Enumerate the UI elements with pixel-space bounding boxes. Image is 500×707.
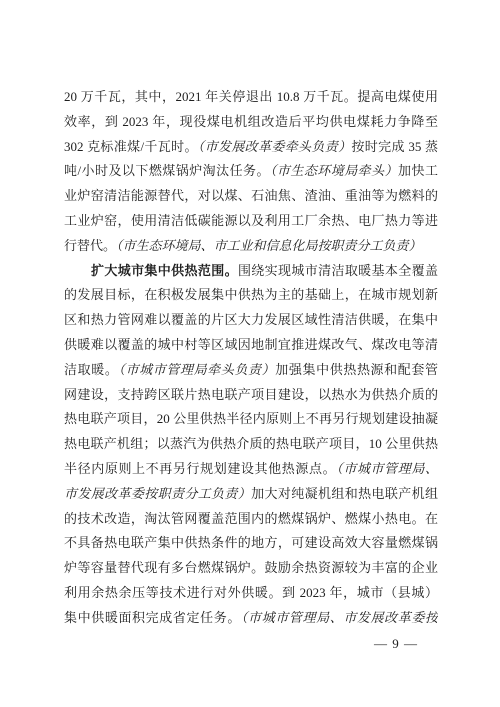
text-run: 20 万千瓦，其中，2021 年关停退出 10.8 万千瓦。提高电煤使用: [64, 89, 438, 104]
text-run: 吨/小时及以下燃煤锅炉淘汰任务。: [64, 163, 270, 178]
text-run: 供暖难以覆盖的城中村等区域因地制宜推进煤改气、煤改电等清: [64, 337, 438, 352]
text-run: 按时完成 35 蒸: [351, 139, 438, 154]
text-line: 市发展改革委按职责分工负责）加大对纯凝机组和热电联产机组: [64, 482, 438, 507]
text-run: （市城市管理局牵头负责）: [118, 362, 275, 377]
text-line: 洁取暖。（市城市管理局牵头负责）加强集中供热热源和配套管: [64, 358, 438, 383]
text-run: 加强集中供热热源和配套管: [275, 362, 438, 377]
text-line: 20 万千瓦，其中，2021 年关停退出 10.8 万千瓦。提高电煤使用: [64, 85, 438, 110]
text-line: 集中供暖面积完成省定任务。（市城市管理局、市发展改革委按: [64, 606, 438, 631]
text-line: 行替代。（市生态环境局、市工业和信息化局按职责分工负责）: [64, 234, 438, 259]
text-run: 的发展目标，在积极发展集中供热为主的基础上，在城市规划新: [64, 287, 438, 302]
text-run: 效率，到 2023 年，现役煤电机组改造后平均供电煤耗力争降至: [64, 114, 438, 129]
text-run: 热电联产机组；以蒸汽为供热介质的热电联产项目，10 公里供热: [64, 436, 438, 451]
text-line: 不具备热电联产集中供热条件的地方，可建设高效大容量燃煤锅: [64, 531, 438, 556]
text-block: 20 万千瓦，其中，2021 年关停退出 10.8 万千瓦。提高电煤使用效率，到…: [64, 85, 438, 631]
text-run: （市发展改革委牵头负责）: [198, 139, 352, 154]
text-line: 网建设，支持跨区联片热电联产项目建设，以热水为供热介质的: [64, 383, 438, 408]
text-line: 的技术改造，淘汰管网覆盖范围内的燃煤锅炉、燃煤小热电。在: [64, 507, 438, 532]
text-line: 的发展目标，在积极发展集中供热为主的基础上，在城市规划新: [64, 283, 438, 308]
text-run: 网建设，支持跨区联片热电联产项目建设，以热水为供热介质的: [64, 387, 438, 402]
text-run: 加快工: [398, 163, 438, 178]
page-number: — 9 —: [374, 634, 418, 654]
text-line: 半径内原则上不再另行规划建设其他热源点。（市城市管理局、: [64, 457, 438, 482]
text-run: 加大对纯凝机组和热电联产机组: [251, 486, 438, 501]
text-line: 302 克标准煤/千瓦时。（市发展改革委牵头负责）按时完成 35 蒸: [64, 135, 438, 160]
text-line: 利用余热余压等技术进行对外供暖。到 2023 年，城市（县城）: [64, 581, 438, 606]
text-run: 利用余热余压等技术进行对外供暖。到 2023 年，城市（县城）: [64, 585, 438, 600]
text-run: 的技术改造，淘汰管网覆盖范围内的燃煤锅炉、燃煤小热电。在: [64, 511, 438, 526]
text-run: 行替代。: [64, 238, 116, 253]
text-line: 业炉窑清洁能源替代，对以煤、石油焦、渣油、重油等为燃料的: [64, 184, 438, 209]
text-line: 工业炉窑，使用清洁低碳能源以及利用工厂余热、电厂热力等进: [64, 209, 438, 234]
text-line: 热电联产项目，20 公里供热半径内原则上不再另行规划建设抽凝: [64, 407, 438, 432]
text-run: 不具备热电联产集中供热条件的地方，可建设高效大容量燃煤锅: [64, 535, 438, 550]
text-run: 市发展改革委按职责分工负责）: [64, 486, 251, 501]
text-run: 半径内原则上不再另行规划建设其他热源点。: [64, 461, 336, 476]
text-run: 洁取暖。: [64, 362, 118, 377]
text-line: 区和热力管网难以覆盖的片区大力发展区域性清洁供暖，在集中: [64, 308, 438, 333]
text-run: 302 克标准煤/千瓦时。: [64, 139, 198, 154]
text-run: 工业炉窑，使用清洁低碳能源以及利用工厂余热、电厂热力等进: [64, 213, 438, 228]
text-line: 扩大城市集中供热范围。围绕实现城市清洁取暖基本全覆盖: [64, 259, 438, 284]
text-run: 围绕实现城市清洁取暖基本全覆盖: [238, 263, 438, 278]
text-line: 供暖难以覆盖的城中村等区域因地制宜推进煤改气、煤改电等清: [64, 333, 438, 358]
text-run: 业炉窑清洁能源替代，对以煤、石油焦、渣油、重油等为燃料的: [64, 188, 438, 203]
text-run: 集中供暖面积完成省定任务。: [64, 610, 241, 625]
document-page: 20 万千瓦，其中，2021 年关停退出 10.8 万千瓦。提高电煤使用效率，到…: [0, 0, 500, 707]
paragraph: 20 万千瓦，其中，2021 年关停退出 10.8 万千瓦。提高电煤使用效率，到…: [64, 85, 438, 259]
text-run: （市城市管理局、市发展改革委按: [241, 610, 438, 625]
text-run: （市城市管理局、: [336, 461, 438, 476]
text-run: 区和热力管网难以覆盖的片区大力发展区域性清洁供暖，在集中: [64, 312, 438, 327]
text-run: 热电联产项目，20 公里供热半径内原则上不再另行规划建设抽凝: [64, 411, 438, 426]
text-run: （市生态环境局、市工业和信息化局按职责分工负责）: [116, 238, 422, 253]
text-line: 热电联产机组；以蒸汽为供热介质的热电联产项目，10 公里供热: [64, 432, 438, 457]
paragraph: 扩大城市集中供热范围。围绕实现城市清洁取暖基本全覆盖的发展目标，在积极发展集中供…: [64, 259, 438, 631]
text-run: 炉等容量替代现有多台燃煤锅炉。鼓励余热资源较为丰富的企业: [64, 560, 438, 575]
text-run: 扩大城市集中供热范围。: [91, 263, 238, 278]
text-line: 炉等容量替代现有多台燃煤锅炉。鼓励余热资源较为丰富的企业: [64, 556, 438, 581]
text-line: 效率，到 2023 年，现役煤电机组改造后平均供电煤耗力争降至: [64, 110, 438, 135]
text-line: 吨/小时及以下燃煤锅炉淘汰任务。（市生态环境局牵头）加快工: [64, 159, 438, 184]
text-run: （市生态环境局牵头）: [270, 163, 398, 178]
